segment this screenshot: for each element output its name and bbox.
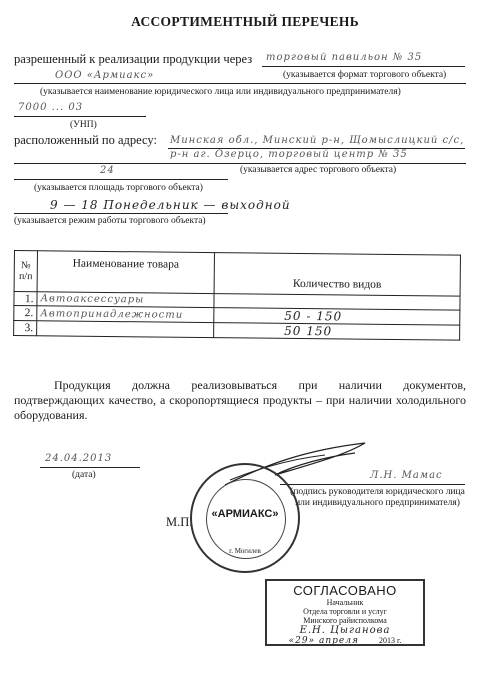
- row-qty: 50 150: [214, 323, 460, 341]
- address-label: расположенный по адресу:: [14, 133, 157, 148]
- address-underline-2: [14, 163, 466, 164]
- approval-date: «29» апреля: [289, 636, 359, 646]
- unp-value: 7000 ... 03: [18, 102, 83, 113]
- approval-stamp: СОГЛАСОВАНО Начальник Отдела торговли и …: [265, 579, 425, 646]
- format-hint: (указывается формат торгового объекта): [283, 70, 446, 80]
- assortment-table: № п/п Наименование товара Количество вид…: [13, 250, 461, 341]
- area-hint: (указывается площадь торгового объекта): [34, 183, 203, 193]
- address-hint: (указывается адрес торгового объекта): [240, 165, 396, 175]
- format-value: торговый павильон № 35: [266, 52, 422, 63]
- col-number-header: № п/п: [14, 251, 37, 292]
- row-number: 2.: [14, 306, 37, 321]
- row-number: 1.: [14, 292, 37, 306]
- date-value: 24.04.2013: [45, 453, 112, 464]
- unp-hint: (УНП): [70, 120, 97, 130]
- row-number: 3.: [14, 321, 37, 336]
- format-label: разрешенный к реализации продукции через: [14, 52, 252, 67]
- entity-underline: [14, 83, 466, 84]
- schedule-underline: [14, 213, 228, 214]
- address-underline: [168, 148, 465, 149]
- area-underline: [14, 179, 228, 180]
- approval-sign: Е.Н. Цыганова: [267, 625, 423, 636]
- mp-label: М.П.: [166, 515, 192, 530]
- signatory-hint: (подпись руководителя юридического лица …: [285, 487, 470, 509]
- signatory-value: Л.Н. Мамас: [370, 470, 443, 481]
- format-underline: [262, 66, 465, 67]
- approval-heading: СОГЛАСОВАНО: [267, 583, 423, 598]
- table-header-row: № п/п Наименование товара Количество вид…: [14, 251, 460, 297]
- approval-line2: Отдела торговли и услуг: [267, 607, 423, 616]
- unp-underline: [14, 116, 146, 117]
- company-seal: «АРМИАКС» г. Могилев: [190, 463, 300, 573]
- area-value: 24: [100, 165, 115, 176]
- signatory-underline: [280, 484, 465, 485]
- approval-line3: Минского райисполкома: [267, 616, 423, 625]
- schedule-hint: (указывается режим работы торгового объе…: [14, 216, 206, 226]
- entity-hint: (указывается наименование юридического л…: [40, 87, 401, 97]
- seal-company-name: «АРМИАКС»: [192, 508, 298, 520]
- date-underline: [40, 467, 140, 468]
- approval-line1: Начальник: [267, 598, 423, 607]
- date-hint: (дата): [72, 470, 96, 480]
- schedule-value: 9 — 18 Понедельник — выходной: [50, 198, 291, 212]
- seal-city: г. Могилев: [192, 547, 298, 555]
- col-name-header: Наименование товара: [37, 251, 214, 294]
- document-title: АССОРТИМЕНТНЫЙ ПЕРЕЧЕНЬ: [0, 14, 490, 30]
- requirements-paragraph: Продукция должна реализовываться при нал…: [14, 378, 466, 423]
- entity-value: ООО «Армиакс»: [55, 70, 154, 81]
- approval-year: 2013 г.: [379, 636, 401, 645]
- col-qty-header: Количество видов: [214, 253, 460, 297]
- row-name: [37, 321, 214, 338]
